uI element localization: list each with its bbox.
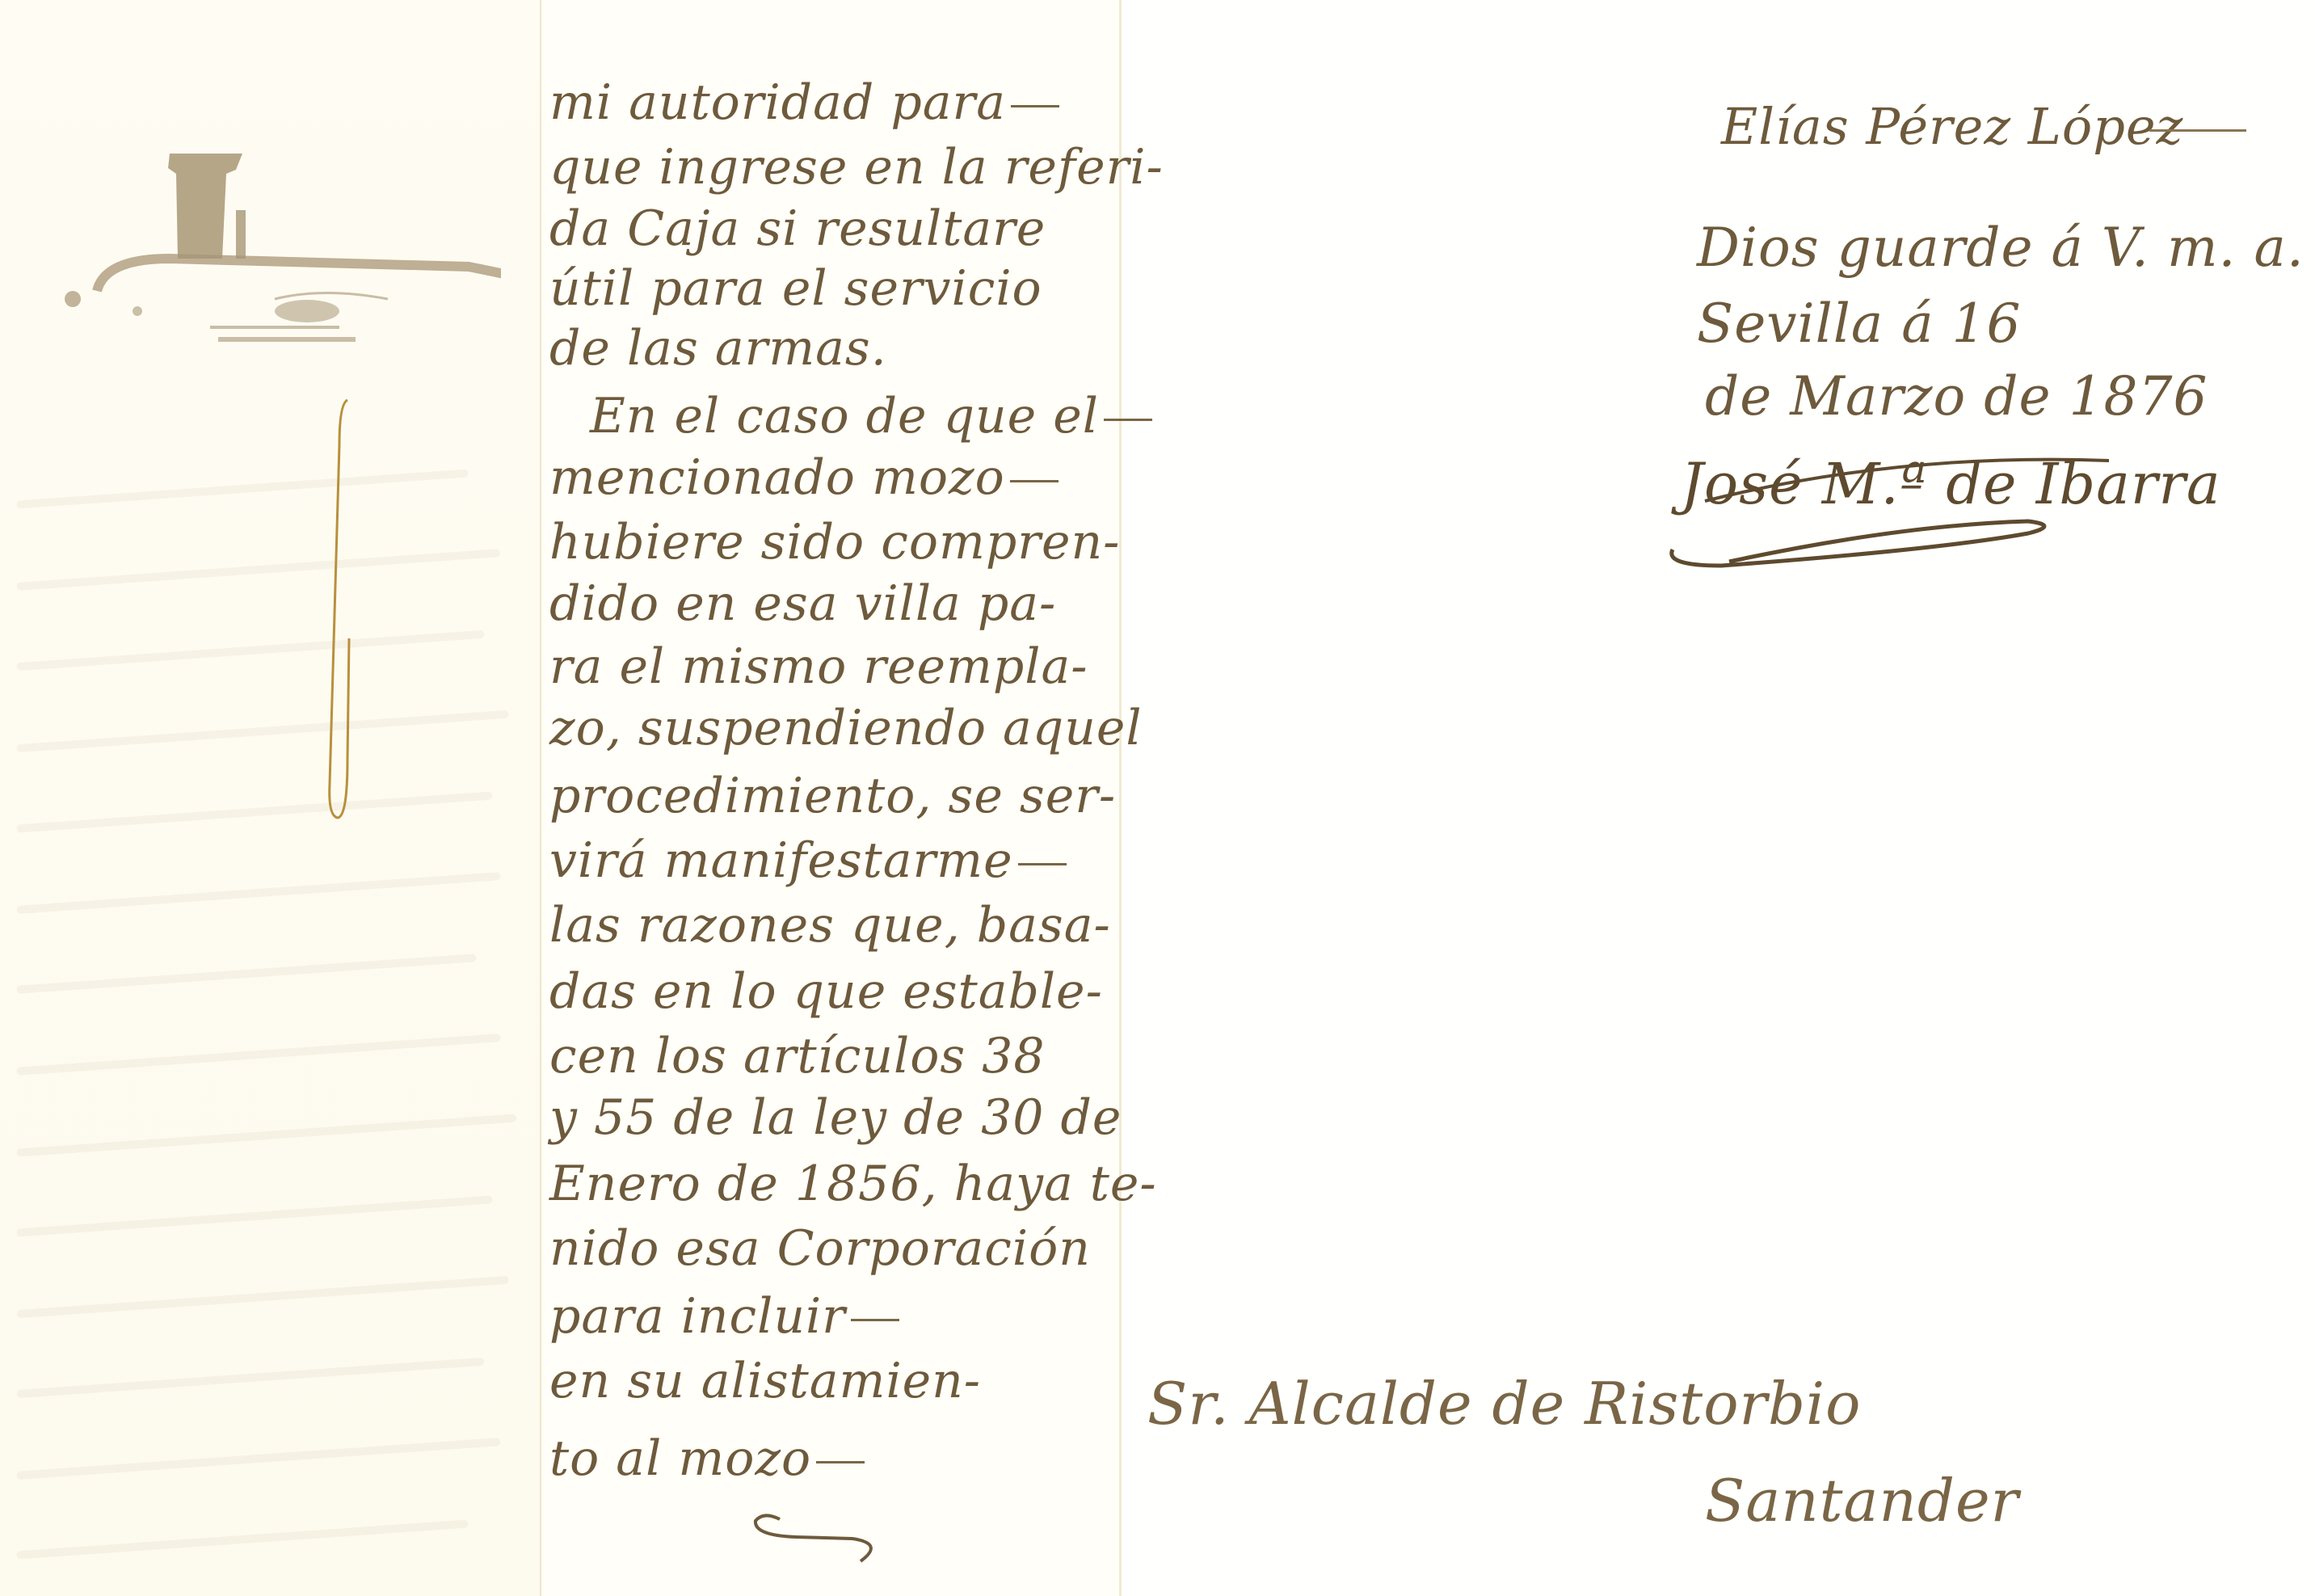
- ink-flourish-stroke-icon: [315, 396, 356, 824]
- bleed-through-line: [16, 1438, 500, 1480]
- text-line: to al mozo: [549, 1430, 1107, 1487]
- text-line: útil para el servicio: [549, 260, 1107, 317]
- text-line: zo, suspendiendo aquel: [549, 700, 1107, 756]
- bleed-through-line: [16, 872, 500, 914]
- place-date-line: Sevilla á 16: [1697, 293, 2022, 355]
- signature-rubric-icon: [1656, 453, 2109, 574]
- bleed-through-line: [16, 549, 500, 591]
- bleed-through-line: [16, 469, 468, 508]
- closing-flourish-icon: [731, 1503, 893, 1568]
- left-page: [0, 0, 540, 1596]
- bleed-through-line: [16, 1358, 484, 1398]
- text-line: en su alistamien-: [549, 1353, 1107, 1409]
- text-line: virá manifestarme: [549, 832, 1107, 889]
- bleed-through-line: [16, 1276, 508, 1319]
- text-line: nido esa Corporación: [549, 1220, 1107, 1277]
- ink-seal-stamp-icon: [48, 137, 501, 347]
- text-line: y 55 de la ley de 30 de: [549, 1089, 1107, 1146]
- addressee-city: Santander: [1705, 1467, 2019, 1535]
- bleed-through-line: [16, 1519, 468, 1559]
- text-line: procedimiento, se ser-: [549, 768, 1107, 824]
- text-line: ra el mismo reempla-: [549, 638, 1107, 695]
- text-line: En el caso de que el: [549, 388, 1147, 444]
- sender-name: Elías Pérez López: [1721, 97, 2183, 156]
- bleed-through-line: [16, 1114, 516, 1156]
- bleed-through-line: [16, 630, 484, 671]
- text-line: mi autoridad para: [549, 74, 1107, 131]
- text-line: las razones que, basa-: [549, 897, 1107, 954]
- text-line: dido en esa villa pa-: [549, 575, 1107, 632]
- text-line: hubiere sido compren-: [549, 514, 1107, 571]
- text-line: das en lo que estable-: [549, 963, 1107, 1020]
- bleed-through-line: [16, 954, 476, 994]
- bleed-through-line: [16, 791, 492, 832]
- text-line: que ingrese en la referi-: [549, 139, 1107, 196]
- text-line: da Caja si resultare: [549, 200, 1107, 257]
- text-line: para incluir: [549, 1288, 1107, 1345]
- addressee-line: Sr. Alcalde de Ristorbio: [1147, 1370, 1861, 1438]
- bleed-through-line: [16, 1195, 492, 1236]
- text-line: cen los artículos 38: [549, 1028, 1107, 1084]
- name-underline: [2149, 129, 2246, 132]
- text-line: de las armas.: [549, 320, 1107, 377]
- bleed-through-line: [16, 1034, 500, 1076]
- text-line: mencionado mozo: [549, 449, 1107, 506]
- closing-formula: Dios guarde á V. m. a.: [1697, 217, 2304, 279]
- text-line: Enero de 1856, haya te-: [549, 1156, 1107, 1212]
- bleed-through-line: [16, 710, 508, 753]
- date-line: de Marzo de 1876: [1705, 365, 2208, 427]
